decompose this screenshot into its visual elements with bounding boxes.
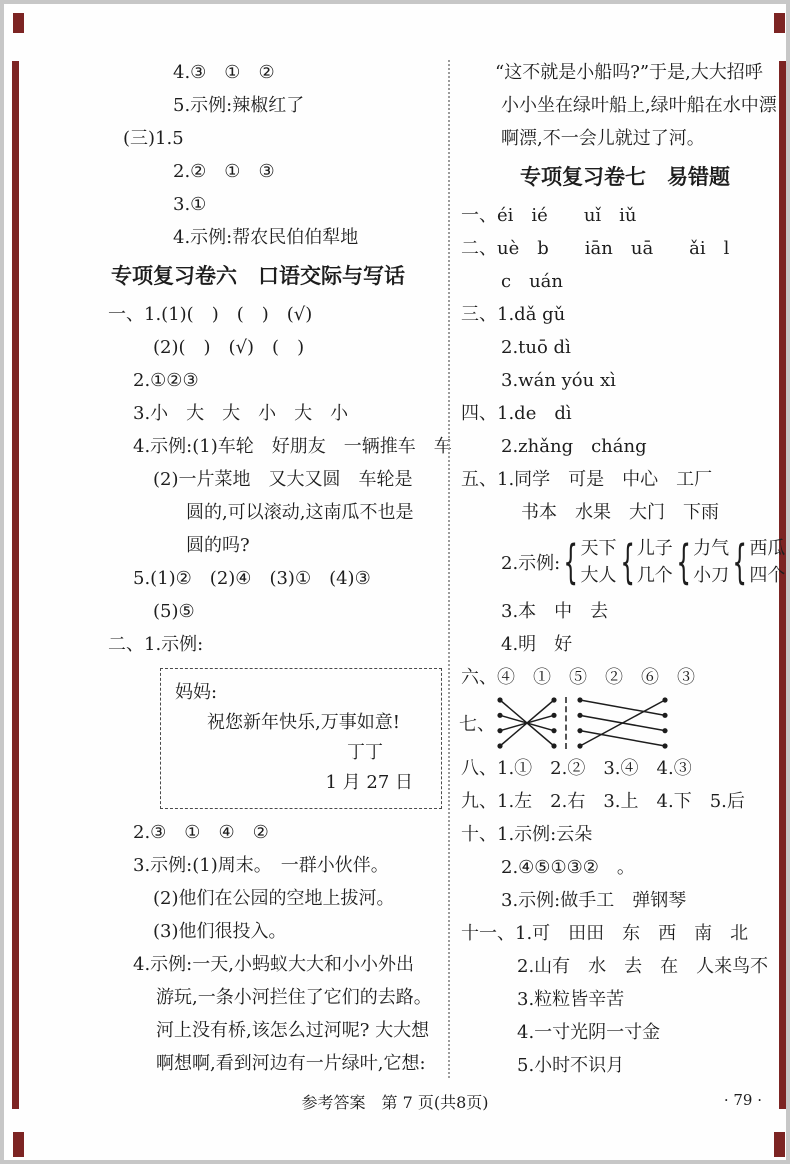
answer-line: 五、1.同学 可是 中心 工厂	[459, 463, 790, 496]
answer-line: 2.tuō dì	[459, 331, 790, 364]
section-heading: 专项复习卷六 口语交际与写话	[68, 254, 448, 298]
answer-line: 圆的吗?	[68, 529, 448, 562]
brace-word-pair: 儿子几个	[637, 535, 673, 589]
answer-line: 3.①	[68, 188, 448, 221]
red-corner-mark-bottom-right	[774, 1132, 785, 1157]
answer-line: 书本 水果 大门 下雨	[459, 496, 790, 529]
page-number: · 79 ·	[724, 1091, 762, 1109]
answer-line: 3.示例:做手工 弹钢琴	[459, 884, 790, 917]
brace-answer-row: 2.示例:{天下大人{儿子几个{力气小刀{西瓜四个	[459, 529, 790, 595]
answer-line: 4.示例:帮农民伯伯犁地	[68, 221, 448, 254]
answer-line: 3.小 大 大 小 大 小	[68, 397, 448, 430]
answer-line: 七、	[459, 710, 495, 736]
answer-line: 2.zhǎng cháng	[459, 430, 790, 463]
answer-line: 2.② ① ③	[68, 155, 448, 188]
brace-word-top: 力气	[693, 535, 729, 562]
answer-line: 八、1.① 2.② 3.④ 4.③	[459, 752, 790, 785]
brace-word-bottom: 四个	[749, 562, 785, 589]
brace-word-pair: 力气小刀	[693, 535, 729, 589]
red-corner-mark-top-left	[13, 13, 24, 33]
column-divider	[448, 60, 450, 1078]
answer-line: 3.wán yóu xì	[459, 364, 790, 397]
brace-group: {西瓜四个	[731, 535, 785, 589]
answer-line: 4.明 好	[459, 628, 790, 661]
answer-line: “这不就是小船吗?”于是,大大招呼	[459, 56, 790, 89]
answer-line: 3.粒粒皆辛苦	[459, 983, 790, 1016]
answer-line: 九、1.左 2.右 3.上 4.下 5.后	[459, 785, 790, 818]
answer-line: (三)1.5	[68, 122, 448, 155]
brace-word-pair: 天下大人	[581, 535, 617, 589]
answer-line: (5)⑤	[68, 595, 448, 628]
answer-line: 4.③ ① ②	[68, 56, 448, 89]
answer-line: 小小坐在绿叶船上,绿叶船在水中漂	[459, 89, 790, 122]
answer-line: 4.示例:一天,小蚂蚁大大和小小外出	[68, 948, 448, 981]
right-column: “这不就是小船吗?”于是,大大招呼小小坐在绿叶船上,绿叶船在水中漂啊漂,不一会儿…	[459, 56, 790, 1082]
answer-line: 2.山有 水 去 在 人来鸟不	[459, 950, 790, 983]
answer-line: (2)( ) (√) ( )	[68, 331, 448, 364]
answer-line: 2.①②③	[68, 364, 448, 397]
answer-line: 啊想啊,看到河边有一片绿叶,它想:	[68, 1047, 448, 1080]
answer-line: 3.本 中 去	[459, 595, 790, 628]
card-line: 妈妈:	[161, 678, 441, 708]
answer-line: 二、1.示例:	[68, 628, 448, 661]
answer-line: (2)一片菜地 又大又圆 车轮是	[68, 463, 448, 496]
matching-lines-diagram	[575, 694, 670, 752]
brace-icon: {	[676, 539, 691, 585]
answer-line: (2)他们在公园的空地上拔河。	[68, 882, 448, 915]
answer-line: 5.示例:辣椒红了	[68, 89, 448, 122]
answer-line: 一、1.(1)( ) ( ) (√)	[68, 298, 448, 331]
answer-line: 4.一寸光阴一寸金	[459, 1016, 790, 1049]
brace-icon: {	[732, 539, 747, 585]
answer-line: 5.小时不识月	[459, 1049, 790, 1082]
brace-word-top: 西瓜	[749, 535, 785, 562]
brace-word-bottom: 大人	[581, 562, 617, 589]
section-heading: 专项复习卷七 易错题	[459, 155, 790, 199]
answer-line: 3.示例:(1)周末。 一群小伙伴。	[68, 849, 448, 882]
answer-line: 5.(1)② (2)④ (3)① (4)③	[68, 562, 448, 595]
answer-line: (3)他们很投入。	[68, 915, 448, 948]
answer-line: 2.④⑤①③② 。	[459, 851, 790, 884]
answer-line: 4.示例:(1)车轮 好朋友 一辆推车 车	[68, 430, 448, 463]
answer-line: 十、1.示例:云朵	[459, 818, 790, 851]
red-corner-mark-top-right	[774, 13, 785, 33]
card-line: 丁丁	[161, 738, 441, 768]
answer-line: 四、1.de dì	[459, 397, 790, 430]
answer-line: 六、④ ① ⑤ ② ⑥ ③	[459, 661, 790, 694]
answer-line: 一、éi ié uǐ iǔ	[459, 199, 790, 232]
answer-line: 游玩,一条小河拦住了它们的去路。	[68, 981, 448, 1014]
answer-line: 啊漂,不一会儿就过了河。	[459, 122, 790, 155]
left-column: 4.③ ① ②5.示例:辣椒红了(三)1.52.② ① ③3.①4.示例:帮农民…	[68, 56, 448, 1080]
answer-line: 十一、1.可 田田 东 西 南 北	[459, 917, 790, 950]
brace-word-bottom: 几个	[637, 562, 673, 589]
card-line: 1 月 27 日	[161, 768, 441, 798]
card-line: 祝您新年快乐,万事如意!	[161, 708, 441, 738]
matching-answer-row: 七、	[459, 694, 790, 752]
brace-word-bottom: 小刀	[693, 562, 729, 589]
page: 4.③ ① ②5.示例:辣椒红了(三)1.52.② ① ③3.①4.示例:帮农民…	[0, 0, 790, 1164]
matching-lines-diagram	[495, 694, 559, 752]
brace-icon: {	[620, 539, 635, 585]
brace-word-pair: 西瓜四个	[749, 535, 785, 589]
brace-word-top: 儿子	[637, 535, 673, 562]
answer-line: 三、1.dǎ gǔ	[459, 298, 790, 331]
brace-icon: {	[564, 539, 579, 585]
answer-line: c uán	[459, 265, 790, 298]
red-edge-bar-left	[12, 61, 19, 1109]
dashed-separator	[565, 697, 567, 749]
brace-group: {儿子几个	[619, 535, 673, 589]
brace-group: {天下大人	[562, 535, 616, 589]
answer-line: 圆的,可以滚动,这南瓜不也是	[68, 496, 448, 529]
answer-line: 2.③ ① ④ ②	[68, 816, 448, 849]
brace-group: {力气小刀	[675, 535, 729, 589]
footer-page-info: 参考答案 第 7 页(共8页)	[4, 1090, 786, 1113]
brace-word-top: 天下	[581, 535, 617, 562]
answer-line: 二、uè b iān uā ǎi l	[459, 232, 790, 265]
answer-line: 河上没有桥,该怎么过河呢? 大大想	[68, 1014, 448, 1047]
answer-line: 2.示例:	[459, 549, 560, 575]
greeting-card: 妈妈:祝您新年快乐,万事如意!丁丁1 月 27 日	[160, 668, 442, 809]
red-corner-mark-bottom-left	[13, 1132, 24, 1157]
